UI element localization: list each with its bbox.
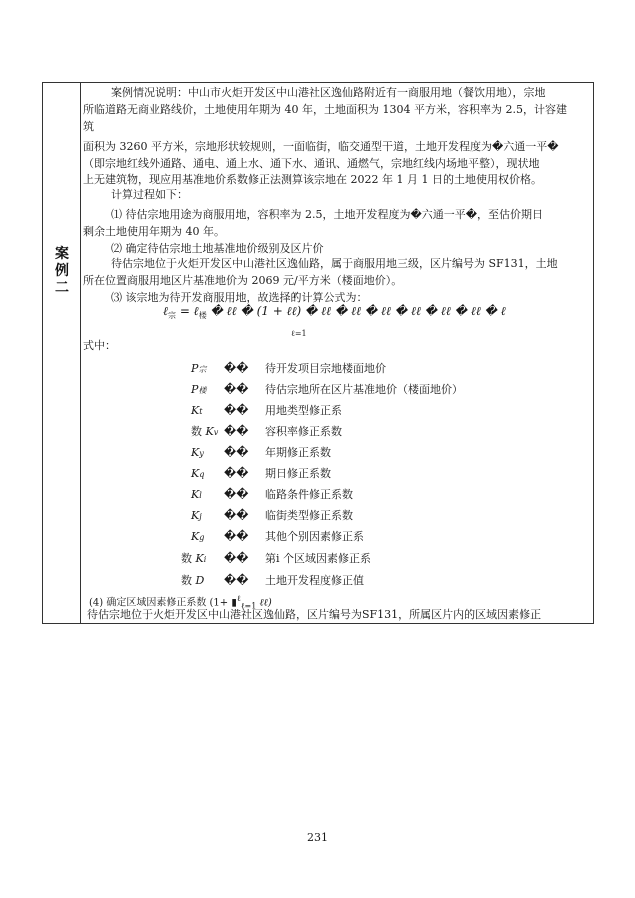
variable-separator: �� (224, 487, 249, 503)
variable-separator: �� (224, 361, 249, 377)
variable-symbol: 数 D (181, 573, 221, 590)
paragraph-line: 案例情况说明：中山市火炬开发区中山港社区逸仙路附近有一商服用地（餐饮用地），宗地 (83, 85, 546, 101)
variable-description: 待估宗地所在区片基准地价（楼面地价） (265, 382, 463, 398)
page-number: 231 (0, 831, 635, 844)
last-line: 待估宗地位于火炬开发区中山港社区逸仙路，区片编号为SF131，所属区片内的区域因… (87, 607, 541, 623)
paragraph-line: 上无建筑物，现应用基准地价系数修正法测算该宗地在 2022 年 1 月 1 日的… (83, 172, 542, 188)
formula-body: � ℓℓ � (1 + ℓℓ) � ℓℓ � ℓℓ � ℓℓ � ℓℓ � ℓℓ… (211, 304, 506, 318)
case-label-char: 案 (43, 246, 81, 263)
sum-lower-limit: ℓ=1 (291, 326, 307, 342)
step-2-title: ⑵ 确定待估宗地土地基准地价级别及区片价 (83, 241, 324, 257)
variable-description: 临街类型修正系数 (265, 508, 353, 524)
variable-description: 临路条件修正系数 (265, 487, 353, 503)
variable-description: 其他个别因素修正系 (265, 529, 364, 545)
variable-description: 待开发项目宗地楼面地价 (265, 361, 386, 377)
variable-separator: �� (224, 551, 249, 567)
case-label: 案 例 二 (43, 246, 81, 297)
variable-description: 期日修正系数 (265, 466, 331, 482)
variable-separator: �� (224, 445, 249, 461)
variable-separator: �� (224, 466, 249, 482)
where-label: 式中： (83, 338, 116, 354)
variable-separator: �� (224, 424, 249, 440)
paragraph-line: 面积为 3260 平方米，宗地形状较规则，一面临街，临交通型干道，土地开发程度为… (83, 139, 559, 155)
variable-separator: �� (224, 382, 249, 398)
variable-description: 年期修正系数 (265, 445, 331, 461)
variable-description: 用地类型修正系 (265, 403, 342, 419)
case-label-column: 案 例 二 (43, 83, 81, 623)
paragraph-line: 筑 (83, 119, 94, 135)
variable-symbol: 数 Ki (181, 551, 221, 568)
step-2-line: 待估宗地位于火炬开发区中山港社区逸仙路，属于商服用地三级，区片编号为 SF131… (83, 256, 558, 272)
variable-description: 土地开发程度修正值 (265, 573, 364, 589)
sum-upper-limit: ℓ (293, 288, 296, 304)
variable-separator: �� (224, 508, 249, 524)
case-table: 案 例 二 案例情况说明：中山市火炬开发区中山港社区逸仙路附近有一商服用地（餐饮… (42, 82, 594, 624)
case-label-char: 例 (43, 263, 81, 280)
formula-lhs-sub: 宗 (168, 311, 176, 320)
step-1-line: ⑴ 待估宗地用途为商服用地，容积率为 2.5，土地开发程度为�六通一平�，至估价… (83, 207, 543, 223)
variable-separator: �� (224, 529, 249, 545)
variable-separator: �� (224, 573, 249, 589)
variable-description: 第i 个区域因素修正系 (265, 551, 371, 567)
case-content: 案例情况说明：中山市火炬开发区中山港社区逸仙路附近有一商服用地（餐饮用地），宗地… (83, 83, 589, 623)
case-label-char: 二 (43, 280, 81, 297)
formula-eq-sub: 楼 (199, 311, 207, 320)
step-2-line: 所在位置商服用地区片基准地价为 2069 元/平方米（楼面地价）。 (83, 273, 402, 289)
formula-eq: = ℓ (176, 304, 199, 318)
valuation-formula: ℓ宗 = ℓ楼 � ℓℓ � (1 + ℓℓ) � ℓℓ � ℓℓ � ℓℓ �… (163, 303, 506, 324)
step-1-line: 剩余土地使用年期为 40 年。 (83, 224, 225, 240)
variable-description: 容积率修正系数 (265, 424, 342, 440)
paragraph-line: （即宗地红线外通路、通电、通上水、通下水、通讯、通燃气，宗地红线内场地平整），现… (83, 156, 540, 172)
paragraph-line: 所临道路无商业路线价，土地使用年期为 40 年，土地面积为 1304 平方米，容… (83, 102, 567, 118)
calc-intro: 计算过程如下： (83, 187, 188, 203)
variable-separator: �� (224, 403, 249, 419)
